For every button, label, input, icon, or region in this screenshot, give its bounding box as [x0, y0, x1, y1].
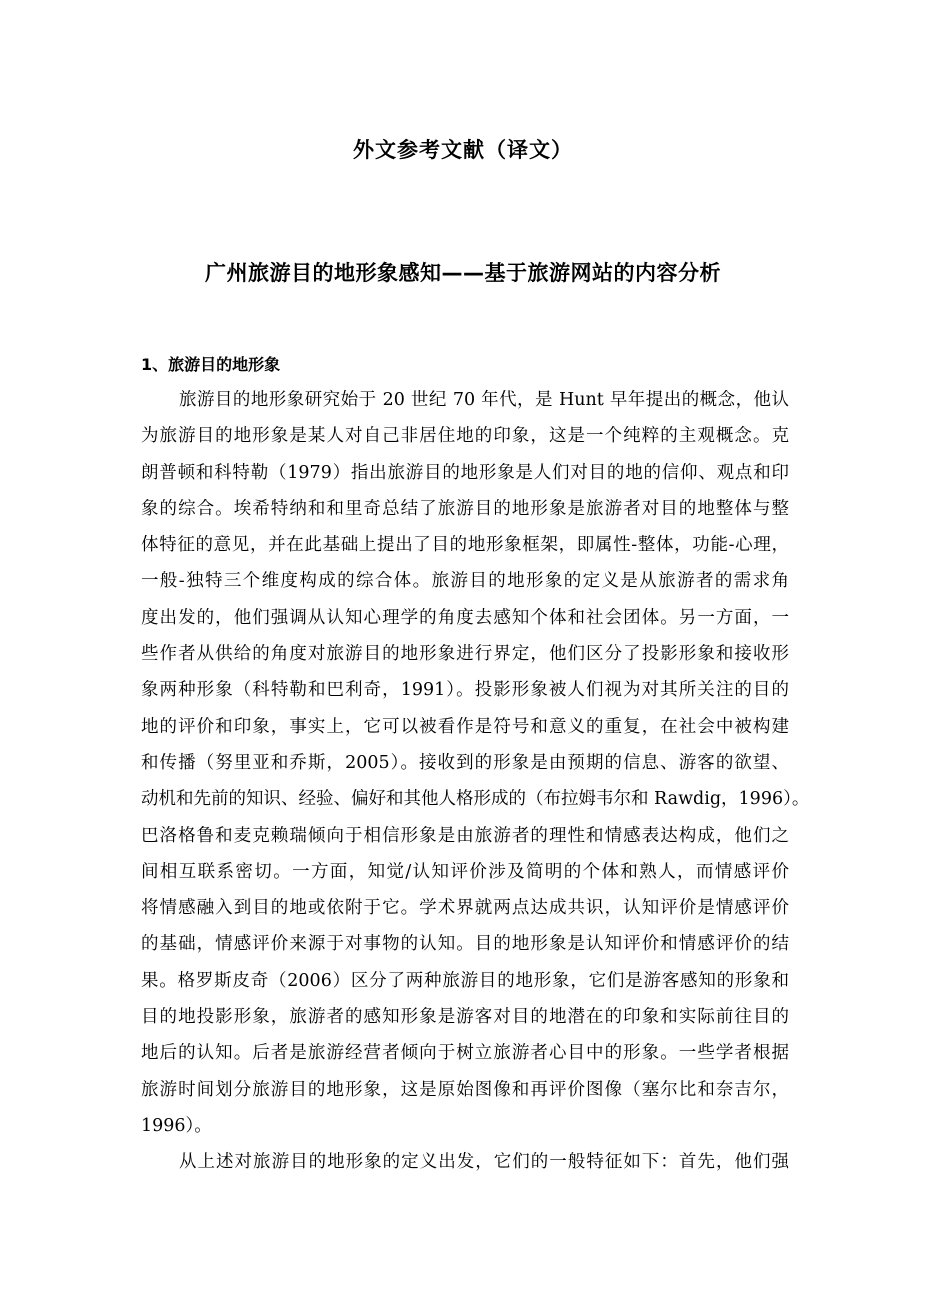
text-line: 旅游时间划分旅游目的地形象，这是原始图像和再评价图像（塞尔比和奈吉尔，: [141, 1072, 789, 1108]
text-line: 旅游目的地形象研究始于 20 世纪 70 年代，是 Hunt 早年提出的概念，他…: [141, 382, 789, 418]
text-line: 1996）。: [141, 1108, 789, 1144]
text-line: 象两种形象（科特勒和巴利奇，1991）。投影形象被人们视为对其所关注的目的: [141, 672, 789, 708]
text-line: 朗普顿和科特勒（1979）指出旅游目的地形象是人们对目的地的信仰、观点和印: [141, 455, 789, 491]
text-line: 从上述对旅游目的地形象的定义出发，它们的一般特征如下：首先，他们强: [141, 1144, 789, 1180]
section-heading: 1、旅游目的地形象: [141, 352, 280, 375]
text-line: 度出发的，他们强调从认知心理学的角度去感知个体和社会团体。另一方面，一: [141, 600, 789, 636]
text-line: 些作者从供给的角度对旅游目的地形象进行界定，他们区分了投影形象和接收形: [141, 636, 789, 672]
text-line: 一般-独特三个维度构成的综合体。旅游目的地形象的定义是从旅游者的需求角: [141, 563, 789, 599]
text-line: 象的综合。埃希特纳和和里奇总结了旅游目的地形象是旅游者对目的地整体与整: [141, 491, 789, 527]
text-line: 巴洛格鲁和麦克赖瑞倾向于相信形象是由旅游者的理性和情感表达构成，他们之: [141, 818, 789, 854]
text-line: 地的评价和印象，事实上，它可以被看作是符号和意义的重复，在社会中被构建: [141, 709, 789, 745]
text-line: 和传播（努里亚和乔斯，2005）。接收到的形象是由预期的信息、游客的欲望、: [141, 745, 789, 781]
document-page: 外文参考文献（译文） 广州旅游目的地形象感知——基于旅游网站的内容分析 1、旅游…: [0, 0, 926, 1309]
text-line: 的基础，情感评价来源于对事物的认知。目的地形象是认知评价和情感评价的结: [141, 926, 789, 962]
text-line: 动机和先前的知识、经验、偏好和其他人格形成的（布拉姆韦尔和 Rawdig，199…: [141, 781, 789, 817]
text-line: 果。格罗斯皮奇（2006）区分了两种旅游目的地形象，它们是游客感知的形象和: [141, 963, 789, 999]
text-line: 地后的认知。后者是旅游经营者倾向于树立旅游者心目中的形象。一些学者根据: [141, 1035, 789, 1071]
body-text: 旅游目的地形象研究始于 20 世纪 70 年代，是 Hunt 早年提出的概念，他…: [141, 382, 789, 1181]
text-line: 间相互联系密切。一方面，知觉/认知评价涉及简明的个体和熟人，而情感评价: [141, 854, 789, 890]
paragraph-1: 旅游目的地形象研究始于 20 世纪 70 年代，是 Hunt 早年提出的概念，他…: [141, 382, 789, 1144]
paper-title: 广州旅游目的地形象感知——基于旅游网站的内容分析: [0, 257, 926, 287]
paragraph-2: 从上述对旅游目的地形象的定义出发，它们的一般特征如下：首先，他们强: [141, 1144, 789, 1180]
text-line: 体特征的意见，并在此基础上提出了目的地形象框架，即属性-整体，功能-心理，: [141, 527, 789, 563]
text-line: 目的地投影形象，旅游者的感知形象是游客对目的地潜在的印象和实际前往目的: [141, 999, 789, 1035]
text-line: 将情感融入到目的地或依附于它。学术界就两点达成共识，认知评价是情感评价: [141, 890, 789, 926]
document-title: 外文参考文献（译文）: [0, 134, 926, 164]
text-line: 为旅游目的地形象是某人对自己非居住地的印象，这是一个纯粹的主观概念。克: [141, 418, 789, 454]
